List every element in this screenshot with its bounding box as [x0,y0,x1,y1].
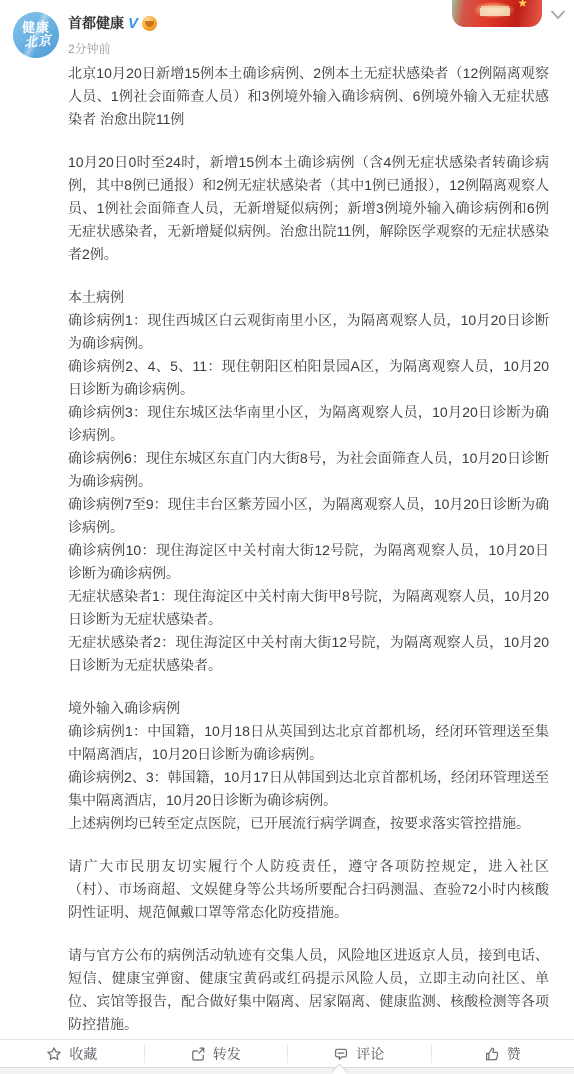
post-block: 10月20日0时至24时，新增15例本土确诊病例（含4例无症状感染者转确诊病例，… [68,151,549,266]
timestamp: 2分钟前 [68,40,157,57]
post-paragraph: 无症状感染者1：现住海淀区中关村南大街甲8号院，为隔离观察人员，10月20日诊断… [68,585,549,631]
post-paragraph: 确诊病例10：现住海淀区中关村南大街12号院，为隔离观察人员，10月20日诊断为… [68,539,549,585]
post-block: 本土病例确诊病例1：现住西城区白云观街南里小区，为隔离观察人员，10月20日诊断… [68,286,549,677]
avatar-text-line2: 北京 [23,33,52,50]
post-paragraph: 确诊病例1：中国籍，10月18日从英国到达北京首都机场，经闭环管理送至集中隔离酒… [68,720,549,766]
favorite-button[interactable]: 收藏 [0,1040,144,1067]
post-paragraph: 确诊病例7至9：现住丰台区紫芳园小区，为隔离观察人员，10月20日诊断为确诊病例… [68,493,549,539]
post-paragraph: 10月20日0时至24时，新增15例本土确诊病例（含4例无症状感染者转确诊病例，… [68,151,549,266]
post-block: 北京10月20日新增15例本土确诊病例、2例本土无症状感染者（12例隔离观察人员… [68,62,549,131]
medal-badge-icon [142,16,157,31]
like-label: 赞 [507,1044,521,1064]
red-banner-image[interactable]: ★ [452,0,542,27]
post-paragraph: 本土病例 [68,286,549,309]
post-block: 请与官方公布的病例活动轨迹有交集人员，风险地区进返京人员，接到电话、短信、健康宝… [68,944,549,1036]
verified-badge-icon: V [128,16,138,31]
building-shape [480,8,510,16]
post-paragraph: 境外输入确诊病例 [68,697,549,720]
account-name[interactable]: 首都健康 [68,13,124,33]
avatar[interactable]: 健康 北京 [13,12,59,58]
post-block: 境外输入确诊病例确诊病例1：中国籍，10月18日从英国到达北京首都机场，经闭环管… [68,697,549,835]
weibo-post-card: 健康 北京 首都健康 V 2分钟前 ★ 北京10月20日新增15例本土确诊病例、… [0,0,574,1074]
post-header: 健康 北京 首都健康 V 2分钟前 ★ [0,0,574,62]
post-paragraph: 确诊病例1：现住西城区白云观街南里小区，为隔离观察人员，10月20日诊断为确诊病… [68,309,549,355]
gold-star-icon: ★ [517,0,528,10]
post-paragraph: 无症状感染者2：现住海淀区中关村南大街12号院，为隔离观察人员，10月20日诊断… [68,631,549,677]
post-paragraph: 确诊病例6：现住东城区东直门内大街8号，为社会面筛查人员，10月20日诊断为确诊… [68,447,549,493]
repost-label: 转发 [213,1044,241,1064]
post-paragraph: 上述病例均已转至定点医院，已开展流行病学调查，按要求落实管控措施。 [68,812,549,835]
post-paragraph: 请广大市民朋友切实履行个人防疫责任，遵守各项防控规定，进入社区（村）、市场商超、… [68,855,549,924]
post-paragraph: 确诊病例2、4、5、11：现住朝阳区柏阳景园A区，为隔离观察人员，10月20日诊… [68,355,549,401]
comment-button[interactable]: 评论 [287,1040,431,1067]
account-name-row: 首都健康 V [68,13,157,33]
post-paragraph: 确诊病例2、3：韩国籍，10月17日从韩国到达北京首都机场，经闭环管理送至集中隔… [68,766,549,812]
favorite-label: 收藏 [69,1044,97,1064]
share-icon [190,1046,206,1062]
repost-button[interactable]: 转发 [144,1040,288,1067]
star-icon [46,1046,62,1062]
comment-panel-top [0,1067,574,1074]
post-paragraph: 请与官方公布的病例活动轨迹有交集人员，风险地区进返京人员，接到电话、短信、健康宝… [68,944,549,1036]
thumbs-up-icon [484,1046,500,1062]
comment-label: 评论 [356,1044,384,1064]
chevron-down-icon[interactable] [548,6,568,24]
post-block: 请广大市民朋友切实履行个人防疫责任，遵守各项防控规定，进入社区（村）、市场商超、… [68,855,549,924]
like-button[interactable]: 赞 [431,1040,574,1067]
post-paragraph: 确诊病例3：现住东城区法华南里小区，为隔离观察人员，10月20日诊断为确诊病例。 [68,401,549,447]
action-bar: 收藏 转发 评论 赞 [0,1039,574,1067]
post-text: 北京10月20日新增15例本土确诊病例、2例本土无症状感染者（12例隔离观察人员… [68,62,549,1039]
post-footer: 收藏 转发 评论 赞 [0,1039,574,1074]
avatar-text-line1: 健康 [22,21,50,35]
header-meta: 首都健康 V 2分钟前 [68,13,157,57]
post-paragraph: 北京10月20日新增15例本土确诊病例、2例本土无症状感染者（12例隔离观察人员… [68,62,549,131]
comment-icon [333,1046,349,1062]
